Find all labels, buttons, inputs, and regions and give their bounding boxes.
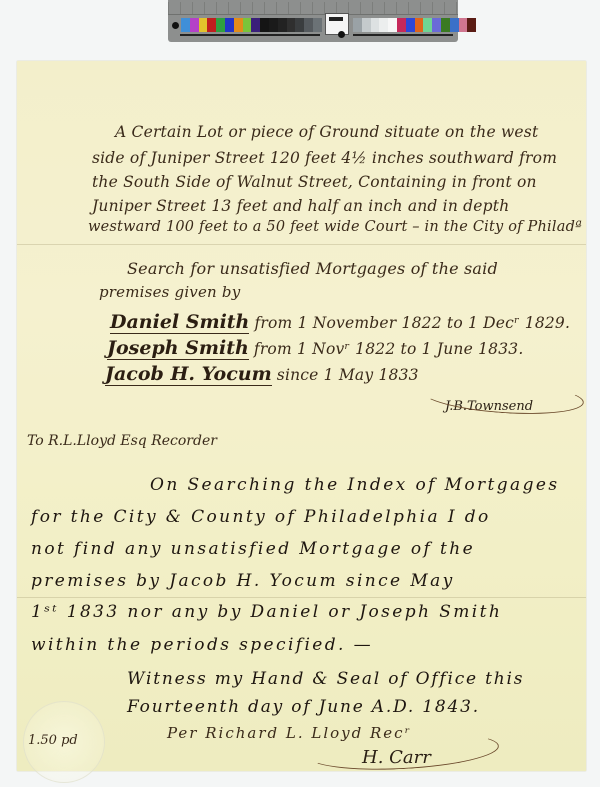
grantor-name: Jacob H. Yocum <box>105 363 272 386</box>
color-swatch <box>190 18 199 32</box>
color-swatch <box>287 18 296 32</box>
color-swatch <box>371 18 380 32</box>
color-swatches-right <box>353 18 476 32</box>
color-calibration-chart <box>168 0 458 42</box>
fold-line <box>17 597 586 598</box>
fee-note: 1.50 pd <box>28 733 78 748</box>
description-line: A Certain Lot or piece of Ground situate… <box>115 123 538 141</box>
color-swatch <box>234 18 243 32</box>
grantor-row: Daniel Smith from 1 November 1822 to 1 D… <box>110 311 570 333</box>
color-swatch <box>295 18 304 32</box>
color-swatch <box>199 18 208 32</box>
certificate-line: premises by Jacob H. Yocum since May <box>31 571 455 591</box>
color-swatch <box>304 18 313 32</box>
color-swatch <box>251 18 260 32</box>
color-swatches-left <box>181 18 322 32</box>
search-request-line: Search for unsatisfied Mortgages of the … <box>127 259 498 278</box>
color-swatch <box>388 18 397 32</box>
grantor-row: Joseph Smith from 1 Novʳ 1822 to 1 June … <box>107 337 523 359</box>
color-swatch <box>362 18 371 32</box>
chart-registration-dot-left <box>172 22 179 29</box>
description-line: side of Juniper Street 120 feet 4½ inche… <box>92 149 557 167</box>
color-swatch <box>260 18 269 32</box>
color-swatch <box>269 18 278 32</box>
color-swatch <box>207 18 216 32</box>
color-swatch <box>459 18 468 32</box>
color-swatch <box>353 18 362 32</box>
color-swatch <box>423 18 432 32</box>
color-swatch <box>313 18 322 32</box>
chart-bar-right <box>353 34 453 36</box>
search-request-line: premises given by <box>99 283 240 301</box>
color-swatch <box>278 18 287 32</box>
manuscript-page: A Certain Lot or piece of Ground situate… <box>17 61 586 771</box>
certificate-line: On Searching the Index of Mortgages <box>150 475 559 495</box>
color-swatch <box>225 18 234 32</box>
grantor-period: from 1 Novʳ 1822 to 1 June 1833. <box>254 340 524 358</box>
witness-line: Fourteenth day of June A.D. 1843. <box>127 697 480 717</box>
addressee: To R.L.Lloyd Esq Recorder <box>27 433 217 449</box>
color-swatch <box>441 18 450 32</box>
color-swatch <box>216 18 225 32</box>
certificate-line: 1ˢᵗ 1833 nor any by Daniel or Joseph Smi… <box>31 602 502 622</box>
fold-line <box>17 244 586 245</box>
color-swatch <box>397 18 406 32</box>
color-swatch <box>415 18 424 32</box>
chart-target-label <box>325 13 349 35</box>
chart-bar-left <box>180 34 320 36</box>
description-line: the South Side of Walnut Street, Contain… <box>92 173 537 191</box>
certificate-line: within the periods specified. — <box>31 635 373 655</box>
description-line: westward 100 feet to a 50 feet wide Cour… <box>88 219 582 235</box>
grantor-period: from 1 November 1822 to 1 Decʳ 1829. <box>254 314 570 332</box>
grantor-name: Joseph Smith <box>107 337 249 360</box>
grantor-row: Jacob H. Yocum since 1 May 1833 <box>105 363 419 385</box>
chart-registration-dot-center <box>338 31 345 38</box>
color-swatch <box>181 18 190 32</box>
color-swatch <box>379 18 388 32</box>
grantor-period: since 1 May 1833 <box>277 366 419 384</box>
color-swatch <box>432 18 441 32</box>
color-swatch <box>406 18 415 32</box>
color-swatch <box>450 18 459 32</box>
color-swatch <box>467 18 476 32</box>
description-line: Juniper Street 13 feet and half an inch … <box>92 197 509 215</box>
grantor-name: Daniel Smith <box>110 311 249 334</box>
certificate-line: for the City & County of Philadelphia I … <box>31 507 491 527</box>
certificate-line: not find any unsatisfied Mortgage of the <box>31 539 475 559</box>
chart-scale-ruler <box>168 2 458 15</box>
color-swatch <box>243 18 252 32</box>
witness-line: Witness my Hand & Seal of Office this <box>127 669 524 689</box>
